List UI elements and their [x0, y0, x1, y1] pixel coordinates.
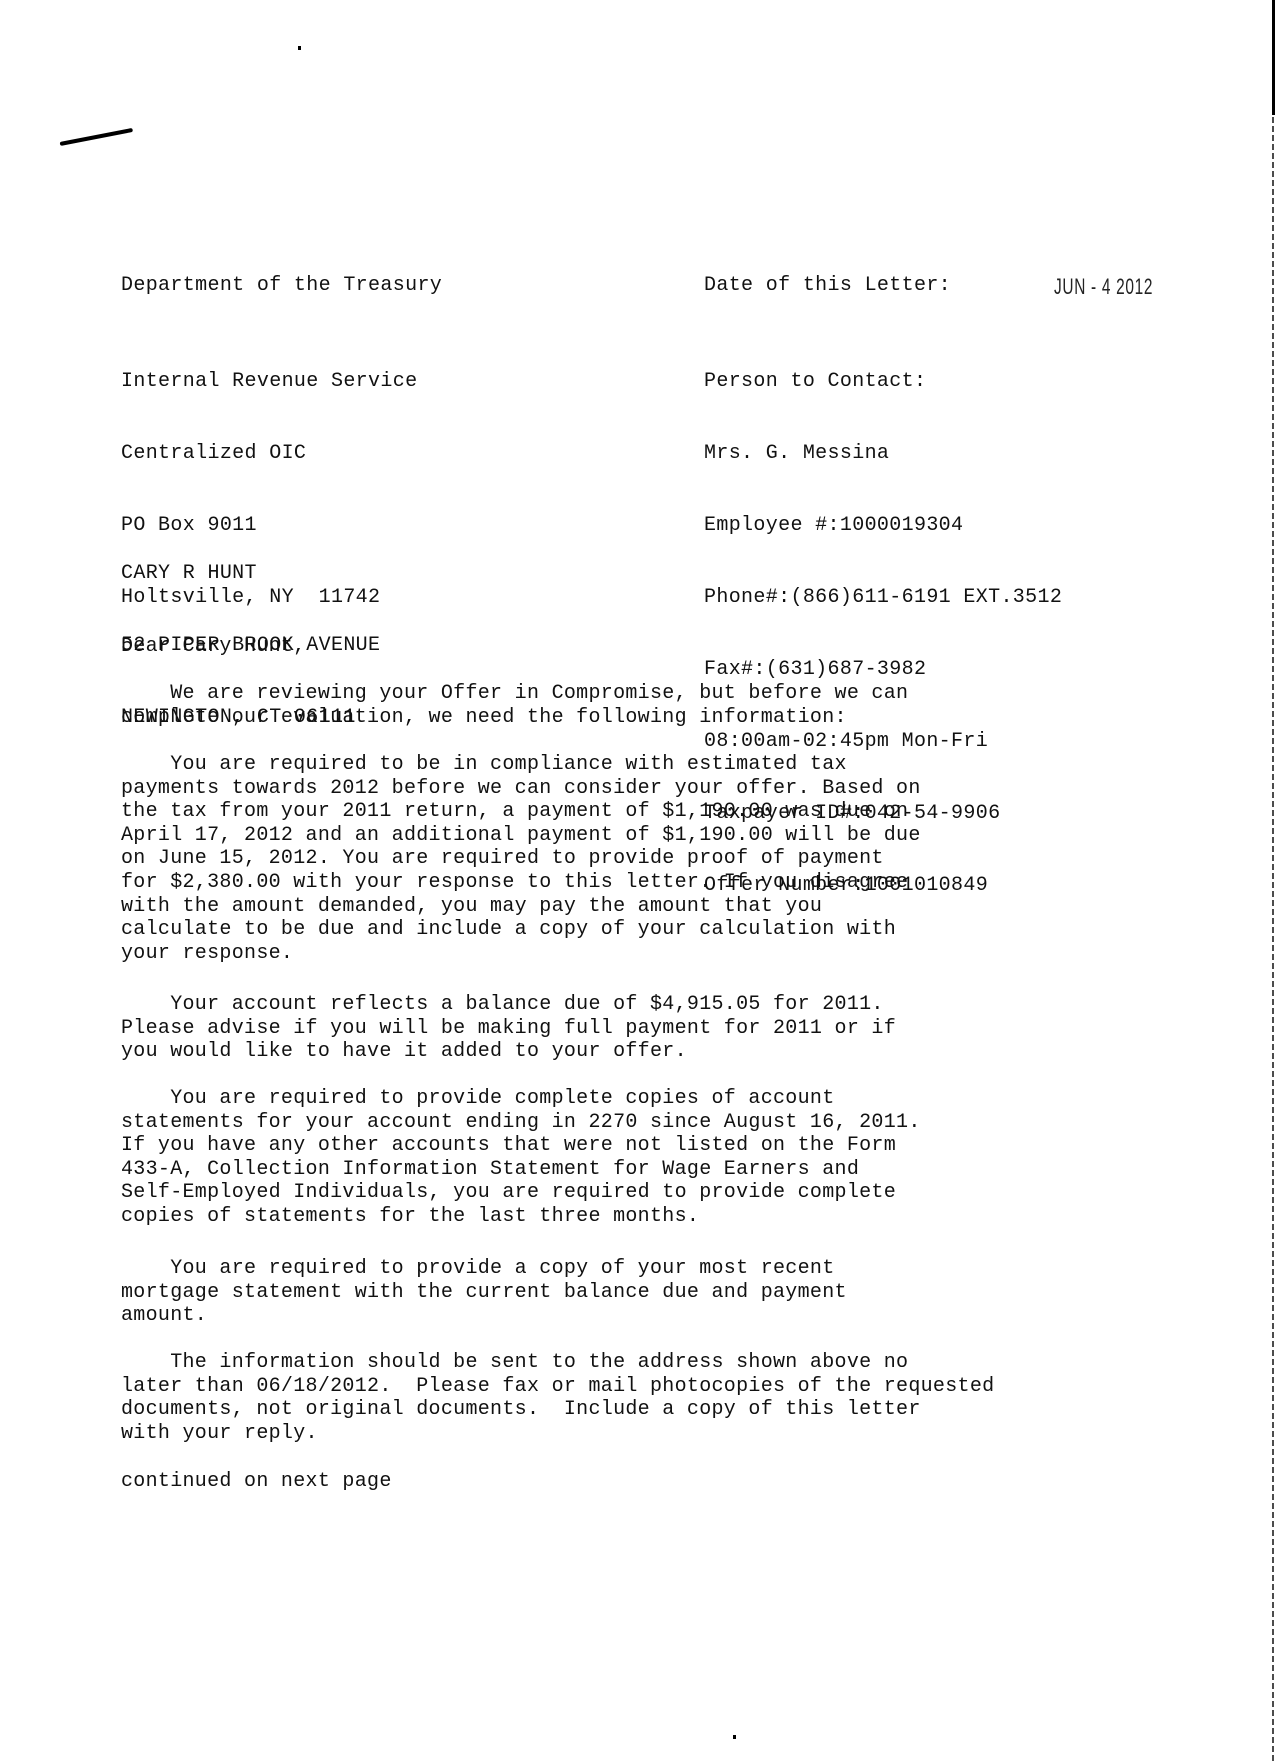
paragraph-line: your response.	[121, 942, 921, 966]
paragraph-line: for $2,380.00 with your response to this…	[121, 871, 921, 895]
paragraph-line: You are required to provide complete cop…	[121, 1087, 921, 1111]
page-edge	[1272, 0, 1274, 1762]
paragraph-line: You are required to provide a copy of yo…	[121, 1257, 847, 1281]
paragraph-line: the tax from your 2011 return, a payment…	[121, 800, 921, 824]
paragraph-account-statements: You are required to provide complete cop…	[121, 1087, 921, 1229]
contact-line: Fax#:(631)687-3982	[704, 658, 1062, 682]
contact-line: Phone#:(866)611-6191 EXT.3512	[704, 586, 1062, 610]
paragraph-balance-due: Your account reflects a balance due of $…	[121, 993, 896, 1064]
contact-line: Mrs. G. Messina	[704, 442, 1062, 466]
pen-mark	[60, 128, 133, 146]
paragraph-line: You are required to be in compliance wit…	[121, 753, 921, 777]
speck	[733, 1735, 736, 1739]
date-stamp: JUN - 4 2012	[1054, 274, 1153, 300]
paragraph-line: April 17, 2012 and an additional payment…	[121, 824, 921, 848]
paragraph-line: copies of statements for the last three …	[121, 1205, 921, 1229]
paragraph-line: you would like to have it added to your …	[121, 1040, 896, 1064]
paragraph-line: payments towards 2012 before we can cons…	[121, 777, 921, 801]
paragraph-intro: We are reviewing your Offer in Compromis…	[121, 682, 908, 729]
paragraph-line: Self-Employed Individuals, you are requi…	[121, 1181, 921, 1205]
paragraph-deadline: The information should be sent to the ad…	[121, 1351, 994, 1445]
paragraph-estimated-tax: You are required to be in compliance wit…	[121, 753, 921, 965]
paragraph-line: with the amount demanded, you may pay th…	[121, 895, 921, 919]
continued-note: continued on next page	[121, 1470, 392, 1494]
contact-line: Employee #:1000019304	[704, 514, 1062, 538]
paragraph-line: Your account reflects a balance due of $…	[121, 993, 896, 1017]
paragraph-line: later than 06/18/2012. Please fax or mai…	[121, 1375, 994, 1399]
paragraph-line: If you have any other accounts that were…	[121, 1134, 921, 1158]
paragraph-line: Please advise if you will be making full…	[121, 1017, 896, 1041]
sender-department: Department of the Treasury	[121, 274, 442, 298]
letter-page: Department of the Treasury Internal Reve…	[0, 0, 1275, 1762]
paragraph-line: documents, not original documents. Inclu…	[121, 1398, 994, 1422]
paragraph-line: complete our evaluation, we need the fol…	[121, 706, 908, 730]
sender-address-line: Centralized OIC	[121, 442, 417, 466]
recipient-address-line: CARY R HUNT	[121, 562, 380, 586]
contact-line: Person to Contact:	[704, 370, 1062, 394]
sender-address-line: Internal Revenue Service	[121, 370, 417, 394]
salutation: Dear Cary Hunt,	[121, 635, 306, 659]
paragraph-line: We are reviewing your Offer in Compromis…	[121, 682, 908, 706]
paragraph-line: on June 15, 2012. You are required to pr…	[121, 847, 921, 871]
paragraph-line: with your reply.	[121, 1422, 994, 1446]
contact-line: 08:00am-02:45pm Mon-Fri	[704, 730, 1062, 754]
paragraph-line: mortgage statement with the current bala…	[121, 1281, 847, 1305]
speck	[298, 46, 301, 50]
paragraph-mortgage: You are required to provide a copy of yo…	[121, 1257, 847, 1328]
paragraph-line: 433-A, Collection Information Statement …	[121, 1158, 921, 1182]
date-label: Date of this Letter:	[704, 274, 951, 298]
paragraph-line: amount.	[121, 1304, 847, 1328]
paragraph-line: statements for your account ending in 22…	[121, 1111, 921, 1135]
paragraph-line: calculate to be due and include a copy o…	[121, 918, 921, 942]
paragraph-line: The information should be sent to the ad…	[121, 1351, 994, 1375]
